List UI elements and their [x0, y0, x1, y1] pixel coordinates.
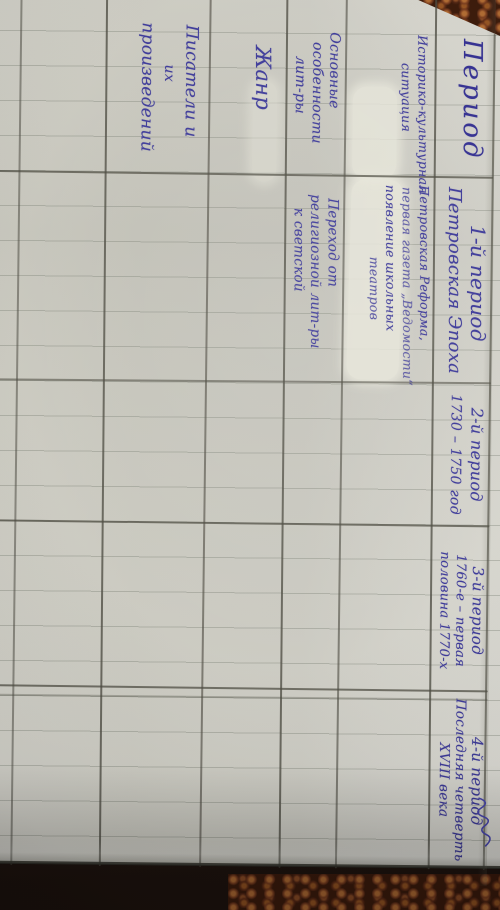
notebook-photo: Период Историко-культурная ситуация Осно… [0, 0, 500, 910]
whiteout-patch [352, 86, 397, 178]
row-header-genre: Жанр [252, 45, 273, 110]
notebook-page: Период Историко-культурная ситуация Осно… [0, 0, 500, 906]
row-header-period: Период [459, 26, 485, 174]
